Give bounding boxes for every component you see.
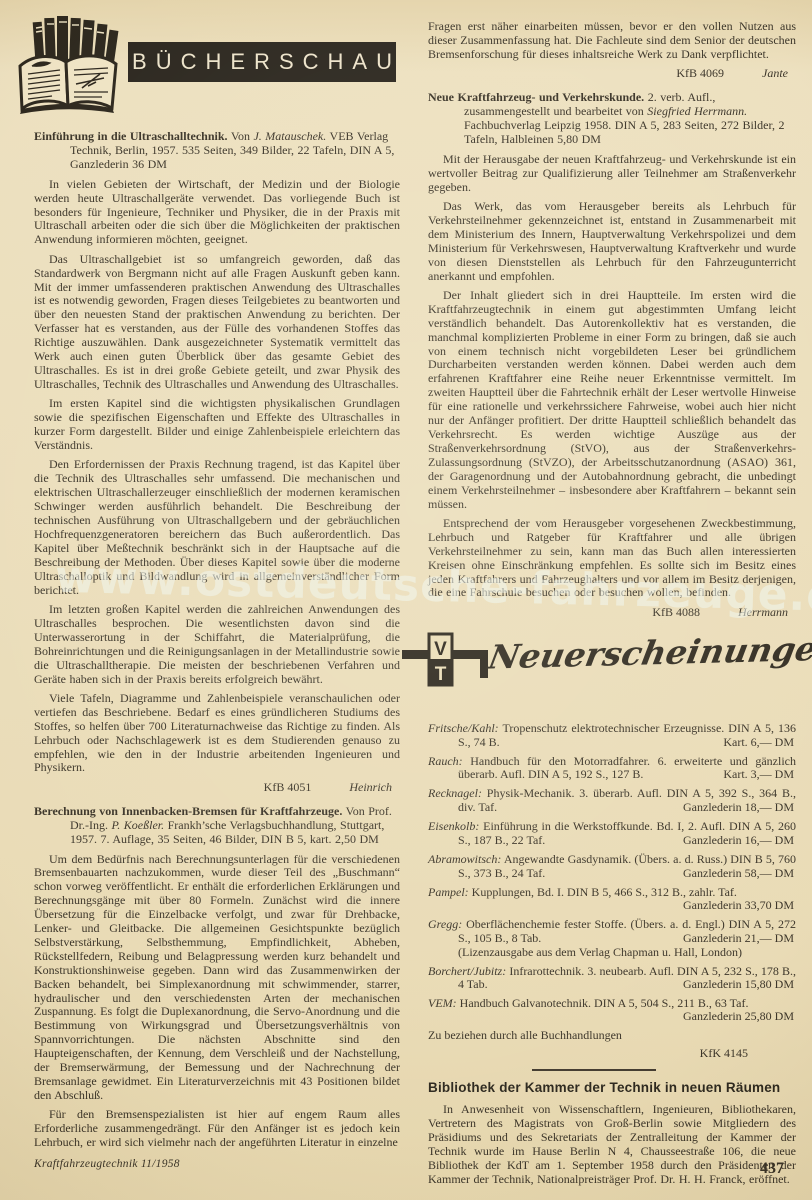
paragraph: Das Ultraschallgebiet ist so umfangreich… bbox=[34, 253, 400, 392]
list-item: Eisenkolb: Einführung in die Werkstoffku… bbox=[428, 820, 796, 848]
review-heading-verkehrskunde: Neue Kraftfahrzeug- und Verkehrskunde. 2… bbox=[428, 91, 796, 147]
paragraph: Für den Bremsenspezialisten ist hier auf… bbox=[34, 1108, 400, 1150]
paragraph: Im ersten Kapitel sind die wichtigsten p… bbox=[34, 397, 400, 453]
journal-footer: Kraftfahrzeugtechnik 11/1958 bbox=[34, 1158, 180, 1172]
order-note: Zu beziehen durch alle Buchhandlungen bbox=[428, 1029, 796, 1043]
page-number: 437 bbox=[760, 1162, 784, 1176]
paragraph: Den Erfordernissen der Praxis Rechnung t… bbox=[34, 458, 400, 597]
item-text: Handbuch Galvanotechnik. DIN A 5, 504 S.… bbox=[457, 996, 749, 1010]
logo-letter-t: T bbox=[435, 664, 447, 685]
list-item: Pampel: Kupplungen, Bd. I. DIN B 5, 466 … bbox=[428, 886, 796, 913]
reviewer-name: Jante bbox=[762, 67, 788, 81]
paragraph: Mit der Herausgabe der neuen Kraftfahrze… bbox=[428, 153, 796, 195]
item-text: Kupplungen, Bd. I. DIN B 5, 466 S., 312 … bbox=[469, 885, 737, 899]
paragraph: Viele Tafeln, Diagramme und Zahlenbeispi… bbox=[34, 692, 400, 775]
book-title: Einführung in die Ultraschalltechnik. bbox=[34, 129, 228, 143]
right-column: Fragen erst näher einarbeiten müssen, be… bbox=[428, 20, 796, 1192]
item-author: Fritsche/Kahl: bbox=[428, 721, 499, 735]
review-signature: KfB 4088 Herrmann bbox=[428, 606, 796, 620]
continued-paragraph: Fragen erst näher einarbeiten müssen, be… bbox=[428, 20, 796, 62]
review-heading-ultraschalltechnik: Einführung in die Ultraschalltechnik. Vo… bbox=[34, 130, 400, 172]
list-item: Abramowitsch: Angewandte Gasdynamik. (Üb… bbox=[428, 853, 796, 881]
item-price: Ganzlederin 16,— DM bbox=[683, 834, 794, 848]
item-price: Ganzlederin 25,80 DM bbox=[683, 1010, 794, 1024]
item-author: Recknagel: bbox=[428, 786, 482, 800]
item-price: Kart. 3,— DM bbox=[723, 768, 794, 782]
item-author: Pampel: bbox=[428, 885, 469, 899]
logo-letter-v: V bbox=[434, 639, 447, 660]
item-author: VEM: bbox=[428, 996, 457, 1010]
section-divider bbox=[532, 1069, 656, 1071]
item-price: Ganzlederin 15,80 DM bbox=[683, 978, 794, 992]
list-item: Gregg: Oberflächenchemie fester Stoffe. … bbox=[428, 918, 796, 960]
book-title: Berechnung von Innenbacken-Bremsen für K… bbox=[34, 804, 342, 818]
review-code: KfB 4088 bbox=[652, 606, 700, 620]
left-column: Einführung in die Ultraschalltechnik. Vo… bbox=[34, 120, 400, 1156]
item-author: Borchert/Jubitz: bbox=[428, 964, 506, 978]
byline: Von bbox=[228, 129, 254, 143]
paragraph: In vielen Gebieten der Wirtschaft, der M… bbox=[34, 178, 400, 248]
item-author: Eisenkolb: bbox=[428, 819, 479, 833]
review-signature: KfB 4069 Jante bbox=[428, 67, 796, 81]
reviewer-name: Heinrich bbox=[349, 781, 392, 795]
book-author: P. Koeßler. bbox=[112, 818, 165, 832]
news-heading: Bibliothek der Kammer der Technik in neu… bbox=[428, 1081, 796, 1095]
paragraph: Das Werk, das vom Herausgeber bereits al… bbox=[428, 200, 796, 283]
item-note: (Lizenzausgabe aus dem Verlag Chapman u.… bbox=[428, 946, 796, 960]
item-price: Ganzlederin 33,70 DM bbox=[683, 899, 794, 913]
neuerscheinungen-script-title: Neuerscheinungen bbox=[488, 641, 812, 664]
paragraph: Um dem Bedürfnis nach Berechnungsunterla… bbox=[34, 853, 400, 1103]
book-title: Neue Kraftfahrzeug- und Verkehrskunde. bbox=[428, 90, 644, 104]
review-heading-innenbacken-bremsen: Berechnung von Innenbacken-Bremsen für K… bbox=[34, 805, 400, 847]
imprint: Fachbuchverlag Leipzig 1958. DIN A 5, 28… bbox=[464, 118, 784, 146]
section-title: BÜCHERSCHAU bbox=[123, 55, 401, 69]
reviewer-name: Herrmann bbox=[738, 606, 788, 620]
item-price: Ganzlederin 18,— DM bbox=[683, 801, 794, 815]
item-price: Ganzlederin 58,— DM bbox=[683, 867, 794, 881]
advert-code: KfK 4145 bbox=[428, 1047, 796, 1061]
item-price: Kart. 6,— DM bbox=[723, 736, 794, 750]
book-author: J. Matauschek. bbox=[253, 129, 326, 143]
books-icon bbox=[12, 12, 124, 120]
review-code: KfB 4051 bbox=[264, 781, 312, 795]
item-author: Abramowitsch: bbox=[428, 852, 501, 866]
item-price: Ganzlederin 21,— DM bbox=[683, 932, 794, 946]
review-code: KfB 4069 bbox=[676, 67, 724, 81]
list-item: Rauch: Handbuch für den Motorradfahrer. … bbox=[428, 755, 796, 783]
neuerscheinungen-header: V T Neuerscheinungen bbox=[428, 630, 796, 718]
news-paragraph: In Anwesenheit von Wissenschaftlern, Ing… bbox=[428, 1103, 796, 1186]
item-author: Gregg: bbox=[428, 917, 462, 931]
list-item: Recknagel: Physik-Mechanik. 3. überarb. … bbox=[428, 787, 796, 815]
book-author: Siegfried Herrmann. bbox=[647, 104, 747, 118]
paragraph: Entsprechend der vom Herausgeber vorgese… bbox=[428, 517, 796, 600]
list-item: VEM: Handbuch Galvanotechnik. DIN A 5, 5… bbox=[428, 997, 796, 1024]
magazine-page: BÜCHERSCHAU Einführung in die Ultraschal… bbox=[0, 0, 812, 1200]
section-title-bar: BÜCHERSCHAU bbox=[128, 42, 396, 82]
list-item: Fritsche/Kahl: Tropenschutz elektrotechn… bbox=[428, 722, 796, 750]
paragraph: Im letzten großen Kapitel werden die zah… bbox=[34, 603, 400, 686]
item-author: Rauch: bbox=[428, 754, 463, 768]
paragraph: Der Inhalt gliedert sich in drei Hauptte… bbox=[428, 289, 796, 512]
review-signature: KfB 4051 Heinrich bbox=[34, 781, 400, 795]
list-item: Borchert/Jubitz: Infrarottechnik. 3. neu… bbox=[428, 965, 796, 993]
